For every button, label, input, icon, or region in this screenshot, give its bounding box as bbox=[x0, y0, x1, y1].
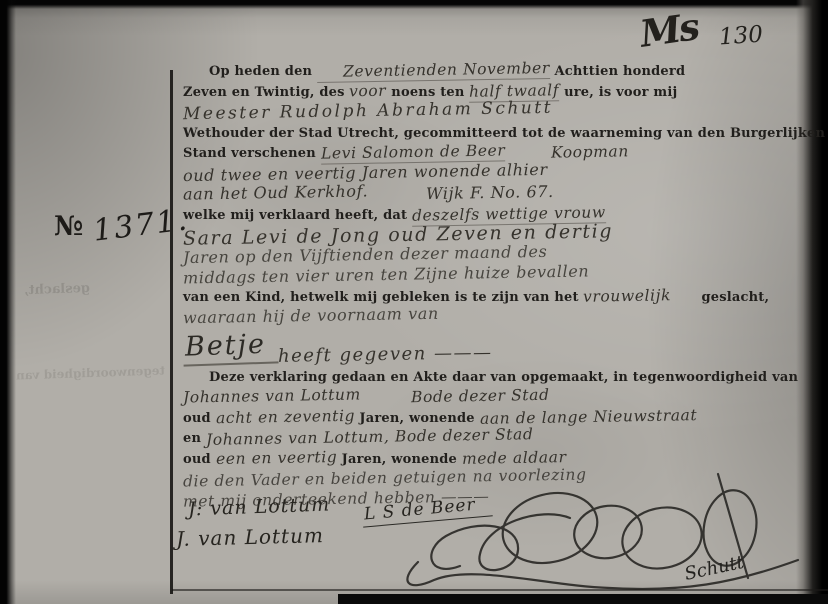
printed-form-text: noens ten bbox=[387, 85, 470, 100]
act-number-value: 1371. bbox=[92, 202, 191, 248]
signature-official-flourish: Schutt bbox=[398, 466, 822, 602]
act-line: Op heden den Zeventienden November Achtt… bbox=[183, 60, 795, 81]
handwritten-entry: Koopman bbox=[551, 142, 629, 161]
handwritten-entry: Johannes van Lottum, Bode dezer Stad bbox=[206, 425, 534, 449]
act-line: Johannes van LottumBode dezer Stad bbox=[183, 386, 795, 407]
scanned-birth-act: Ms 130 № 1371. Op heden den Zeventienden… bbox=[0, 0, 828, 604]
handwritten-entry: voor bbox=[349, 81, 387, 100]
handwritten-entry: mede aldaar bbox=[462, 448, 567, 468]
printed-form-text: Jaren, wonende bbox=[355, 411, 480, 426]
handwritten-entry: Bode dezer Stad bbox=[411, 386, 550, 406]
form-rule-vertical bbox=[170, 70, 173, 594]
signature-witness-2: J. van Lottum bbox=[176, 523, 324, 551]
act-line: welke mij verklaard heeft, dat deszelfs … bbox=[183, 204, 795, 225]
act-number-prefix: № bbox=[54, 211, 84, 242]
printed-form-text: Jaren, wonende bbox=[337, 452, 462, 467]
act-line: Stand verschenen Levi Salomon de BeerKoo… bbox=[183, 142, 795, 163]
printed-form-text: ure, is voor mij bbox=[559, 85, 677, 100]
handwritten-entry: acht en zeventig bbox=[215, 406, 354, 426]
act-line: Betje heeft gegeven ——— bbox=[183, 330, 795, 366]
handwritten-entry: Zeventienden November bbox=[317, 59, 550, 83]
printed-form-text: welke mij verklaard heeft, dat bbox=[183, 208, 412, 223]
handwritten-entry: Betje bbox=[182, 328, 278, 366]
handwritten-entry: aan het Oud Kerkhof. bbox=[183, 181, 369, 203]
act-number: № 1371. bbox=[54, 208, 189, 243]
bleedthrough-text: tegenwoordigheid van bbox=[16, 363, 165, 382]
printed-form-text: Op heden den bbox=[209, 64, 317, 79]
signature-official: Schutt bbox=[683, 552, 747, 585]
bleedthrough-text: geslacht, bbox=[24, 281, 90, 298]
handwritten-entry: Wijk F. No. 67. bbox=[426, 182, 554, 203]
printed-form-text: van een Kind, hetwelk mij gebleken is te… bbox=[183, 290, 583, 305]
handwritten-entry: Johannes van Lottum bbox=[183, 385, 361, 406]
act-line: middags ten vier uren ten Zijne huize be… bbox=[183, 265, 795, 286]
handwritten-entry: een en veertig bbox=[215, 447, 337, 467]
page-number: 130 bbox=[718, 22, 764, 51]
printed-form-text: Stand verschenen bbox=[183, 146, 321, 161]
act-line: Wethouder der Stad Utrecht, gecommitteer… bbox=[183, 122, 795, 143]
printed-form-text: en bbox=[183, 431, 206, 446]
act-line: Meester Rudolph Abraham Schutt bbox=[183, 101, 795, 122]
act-line: oud twee en veertig Jaren wonende alhier bbox=[183, 163, 795, 184]
handwritten-entry: aan de lange Nieuwstraat bbox=[479, 406, 697, 428]
page-mark: Ms 130 bbox=[640, 8, 763, 52]
act-lines: Op heden den Zeventienden November Achtt… bbox=[183, 60, 795, 509]
act-line: Deze verklaring gedaan en Akte daar van … bbox=[183, 366, 795, 387]
signature-witness-1: J: van Lottum bbox=[188, 494, 331, 521]
handwritten-entry: vrouwelijk bbox=[583, 286, 671, 306]
act-line: en Johannes van Lottum, Bode dezer Stad bbox=[183, 427, 795, 448]
handwritten-entry: heeft gegeven ——— bbox=[278, 342, 493, 367]
act-line: Jaren op den Vijftienden dezer maand des bbox=[183, 245, 795, 266]
act-line: Sara Levi de Jong oud Zeven en dertig bbox=[183, 224, 795, 245]
printed-form-text: Deze verklaring gedaan en Akte daar van … bbox=[209, 370, 798, 385]
printed-form-text: geslacht, bbox=[701, 290, 769, 305]
printed-form-text: oud bbox=[183, 411, 216, 426]
act-line: oud acht en zeventig Jaren, wonende aan … bbox=[183, 407, 795, 428]
folio-mark: Ms bbox=[637, 4, 700, 56]
act-line: van een Kind, hetwelk mij gebleken is te… bbox=[183, 286, 795, 307]
printed-form-text: Wethouder der Stad Utrecht, gecommitteer… bbox=[183, 126, 825, 141]
printed-form-text: Zeven en Twintig, des bbox=[183, 85, 349, 100]
printed-form-text: oud bbox=[183, 452, 216, 467]
act-line: aan het Oud Kerkhof.Wijk F. No. 67. bbox=[183, 183, 795, 204]
printed-form-text: Achttien honderd bbox=[550, 64, 685, 79]
act-line: waaraan hij de voornaam van bbox=[183, 306, 795, 327]
act-line: oud een en veertig Jaren, wonende mede a… bbox=[183, 448, 795, 469]
handwritten-entry: Meester Rudolph Abraham Schutt bbox=[183, 98, 553, 124]
book-binding-edge bbox=[0, 0, 16, 604]
handwritten-entry: waaraan hij de voornaam van bbox=[183, 304, 439, 327]
